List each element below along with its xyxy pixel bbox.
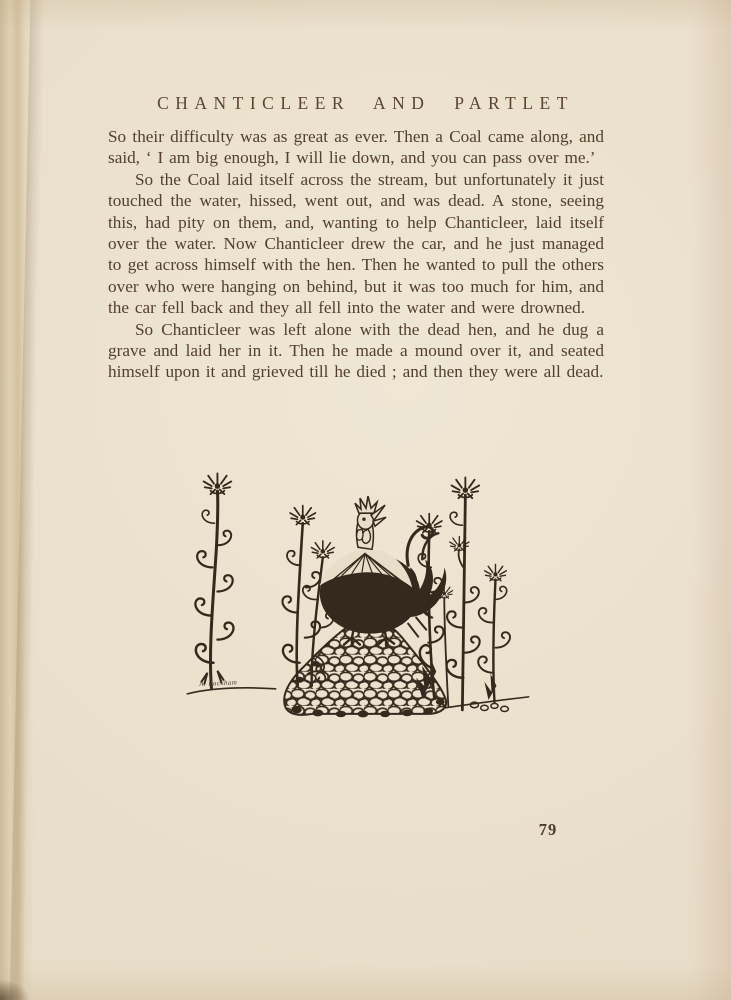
story-text: So their difficulty was as great as ever… (108, 126, 604, 383)
book-page-photo: CHANTICLEER AND PARTLET So their difficu… (0, 0, 731, 1000)
artist-signature: A. Rackham (198, 679, 237, 688)
page-title: CHANTICLEER AND PARTLET (0, 93, 731, 114)
plant-left-tall (195, 473, 233, 687)
page-edge-left (0, 0, 34, 1000)
corner-shadow (0, 980, 30, 1000)
rooster-grave-illustration: A. Rackham (171, 467, 563, 733)
paragraph-2: So the Coal laid itself across the strea… (108, 169, 604, 319)
paragraph-3: So Chanticleer was left alone with the d… (108, 319, 604, 383)
paragraph-1: So their difficulty was as great as ever… (108, 126, 604, 169)
page-number: 79 (530, 820, 566, 840)
